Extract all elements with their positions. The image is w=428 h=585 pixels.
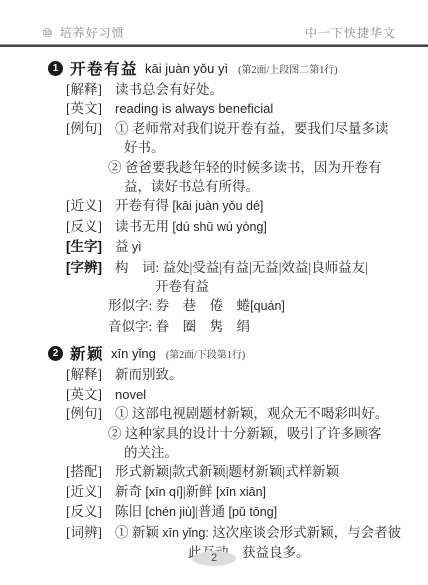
row-label: [字辨] [66,258,115,277]
entry-row: [英文]novel [66,385,404,404]
entry-row: 开卷有益 [66,277,404,296]
entry-row: ② 爸爸要我趁年轻的时候多读书，因为开卷有 [66,158,404,177]
text-segment: 开卷有得 [115,198,172,213]
vocab-entry-2: 2 新颖 xīn yǐng (第2面/下段第1行) [解释]新而别致。[英文]n… [48,343,404,562]
unit-number-badge: ⑩ [42,26,54,40]
entry-number-badge: 2 [48,346,63,361]
row-content: 形似字: 券 巷 倦 蜷[quán] [108,296,285,316]
entry-row: [英文]reading is always beneficial [66,99,404,118]
text-segment: 形式新颖|款式新颖|题材新颖|式样新颖 [115,464,339,479]
header-rule [0,44,428,47]
row-content: 益，读好书总有所得。 [124,177,259,196]
text-segment: ① 新颖 [115,525,162,540]
entry-row: [例句]① 这部电视剧题材新颖，观众无不喝彩叫好。 [66,404,404,423]
row-label: [例句] [66,119,115,138]
entry-row: [反义]陈旧 [chén jiù]|普通 [pǔ tōng] [66,502,404,522]
entry-row: [例句]① 老师常对我们说开卷有益，要我们尽量多读 [66,119,404,138]
row-label: [生字] [66,237,115,257]
text-segment: 新而别致。 [115,367,183,382]
entry-row: [词辨]① 新颖 xīn yǐng: 这次座谈会形式新颖，与会者彼 [66,523,404,543]
entry-rows: [解释]读书总会有好处。[英文]reading is always benefi… [66,80,404,336]
text-segment: 读书无用 [115,219,172,234]
entry-row: [搭配]形式新颖|款式新颖|题材新颖|式样新颖 [66,462,404,481]
text-segment: ① 这部电视剧题材新颖，观众无不喝彩叫好。 [115,406,388,421]
entry-row: 音似字: 眷 圈 隽 绢 [66,317,404,336]
entry-word: 新颖 [70,342,104,364]
row-content: 音似字: 眷 圈 隽 绢 [108,317,250,336]
entry-row: [字辨]构 词: 益处|受益|有益|无益|效益|良师益友| [66,258,404,277]
entry-row: ② 这种家具的设计十分新颖，吸引了许多顾客 [66,424,404,443]
row-content: ① 新颖 xīn yǐng: 这次座谈会形式新颖，与会者彼 [115,523,401,543]
row-label: [词辨] [66,523,115,543]
entry-location: (第2面/上段图二第1行) [235,61,337,76]
row-content: 形式新颖|款式新颖|题材新颖|式样新颖 [115,462,339,481]
row-label: [英文] [66,99,115,118]
text-segment: 形似字: 券 巷 倦 蜷 [108,298,250,313]
text-segment: [chén jiù] [145,505,195,519]
row-label: [例句] [66,404,115,423]
entry-rows: [解释]新而别致。[英文]novel[例句]① 这部电视剧题材新颖，观众无不喝彩… [66,365,404,562]
entry-row: [生字]益 yì [66,237,404,257]
row-content: 开卷有得 [kāi juàn yǒu dé] [115,196,263,216]
text-segment: [quán] [250,299,285,313]
entry-pinyin: kāi juàn yǒu yì [145,61,228,76]
entry-word: 开卷有益 [70,57,138,79]
text-segment: |普通 [195,504,228,519]
text-segment: xīn yǐng: [162,526,209,540]
page-number: 2 [192,551,236,566]
entry-row: 形似字: 券 巷 倦 蜷[quán] [66,296,404,316]
text-segment: 音似字: 眷 圈 隽 绢 [108,319,250,334]
unit-title: 培养好习惯 [60,24,125,41]
vocab-entry-1: 1 开卷有益 kāi juàn yǒu yì (第2面/上段图二第1行) [解释… [48,58,404,336]
row-content: 的关注。 [124,443,178,462]
row-content: novel [115,385,146,404]
text-segment: 益，读好书总有所得。 [124,179,259,194]
text-segment: novel [115,387,146,402]
text-segment: [dú shū wú yòng] [172,220,267,234]
row-content: 新而别致。 [115,365,183,384]
row-content: 陈旧 [chén jiù]|普通 [pǔ tōng] [115,502,277,522]
unit-heading: ⑩ 培养好习惯 [42,24,125,41]
entry-row: [解释]新而别致。 [66,365,404,384]
row-content: ② 爸爸要我趁年轻的时候多读书，因为开卷有 [108,158,381,177]
text-segment: 读书总会有好处。 [115,82,223,97]
row-label: [英文] [66,385,115,404]
row-content: 益 yì [115,237,142,257]
entry-pinyin: xīn yǐng [111,346,156,361]
entry-row: 的关注。 [66,443,404,462]
entry-number-badge: 1 [48,61,63,76]
row-content: 新奇 [xīn qí]|新鲜 [xīn xiān] [115,482,266,502]
row-content: 读书无用 [dú shū wú yòng] [115,217,267,237]
text-segment: [xīn qí] [145,485,183,499]
content-area: 1 开卷有益 kāi juàn yǒu yì (第2面/上段图二第1行) [解释… [48,58,404,569]
text-segment: ② 爸爸要我趁年轻的时候多读书，因为开卷有 [108,160,381,175]
entry-row: 益，读好书总有所得。 [66,177,404,196]
row-content: 好书。 [124,138,165,157]
text-segment: 好书。 [124,140,165,155]
text-segment: 新奇 [115,484,145,499]
row-label: [近义] [66,196,115,216]
text-segment: yì [132,240,142,254]
text-segment: [pǔ tōng] [228,505,277,519]
row-label: [反义] [66,217,115,237]
row-content: reading is always beneficial [115,99,273,118]
entry-row: [近义]开卷有得 [kāi juàn yǒu dé] [66,196,404,216]
row-content: ① 这部电视剧题材新颖，观众无不喝彩叫好。 [115,404,388,423]
page-footer: 2 [0,548,428,566]
text-segment: [kāi juàn yǒu dé] [172,199,263,213]
row-content: ① 老师常对我们说开卷有益，要我们尽量多读 [115,119,388,138]
entry-row: [近义]新奇 [xīn qí]|新鲜 [xīn xiān] [66,482,404,502]
text-segment: reading is always beneficial [115,101,273,116]
entry-title: 2 新颖 xīn yǐng (第2面/下段第1行) [48,343,404,363]
entry-location: (第2面/下段第1行) [163,346,245,361]
text-segment: [xīn xiān] [216,485,266,499]
row-label: [解释] [66,365,115,384]
row-label: [解释] [66,80,115,99]
row-content: 读书总会有好处。 [115,80,223,99]
text-segment: 陈旧 [115,504,145,519]
textbook-page: ⑩ 培养好习惯 中一下快捷华文 1 开卷有益 kāi juàn yǒu yì (… [0,0,428,585]
row-label: [反义] [66,502,115,522]
page-header: ⑩ 培养好习惯 中一下快捷华文 [42,24,396,41]
entry-title: 1 开卷有益 kāi juàn yǒu yì (第2面/上段图二第1行) [48,58,404,78]
text-segment: ② 这种家具的设计十分新颖，吸引了许多顾客 [108,426,381,441]
text-segment: |新鲜 [183,484,216,499]
row-label: [搭配] [66,462,115,481]
text-segment: 益 [115,239,132,254]
book-title: 中一下快捷华文 [305,24,396,41]
row-content: 构 词: 益处|受益|有益|无益|效益|良师益友| [115,258,368,277]
text-segment: 的关注。 [124,445,178,460]
row-content: ② 这种家具的设计十分新颖，吸引了许多顾客 [108,424,381,443]
row-content: 开卷有益 [155,277,209,296]
entry-row: [反义]读书无用 [dú shū wú yòng] [66,217,404,237]
text-segment: ① 老师常对我们说开卷有益，要我们尽量多读 [115,121,388,136]
entry-row: [解释]读书总会有好处。 [66,80,404,99]
text-segment: 这次座谈会形式新颖，与会者彼 [209,525,401,540]
entry-row: 好书。 [66,138,404,157]
text-segment: 开卷有益 [155,279,209,294]
row-label: [近义] [66,482,115,502]
text-segment: 构 词: 益处|受益|有益|无益|效益|良师益友| [115,260,368,275]
